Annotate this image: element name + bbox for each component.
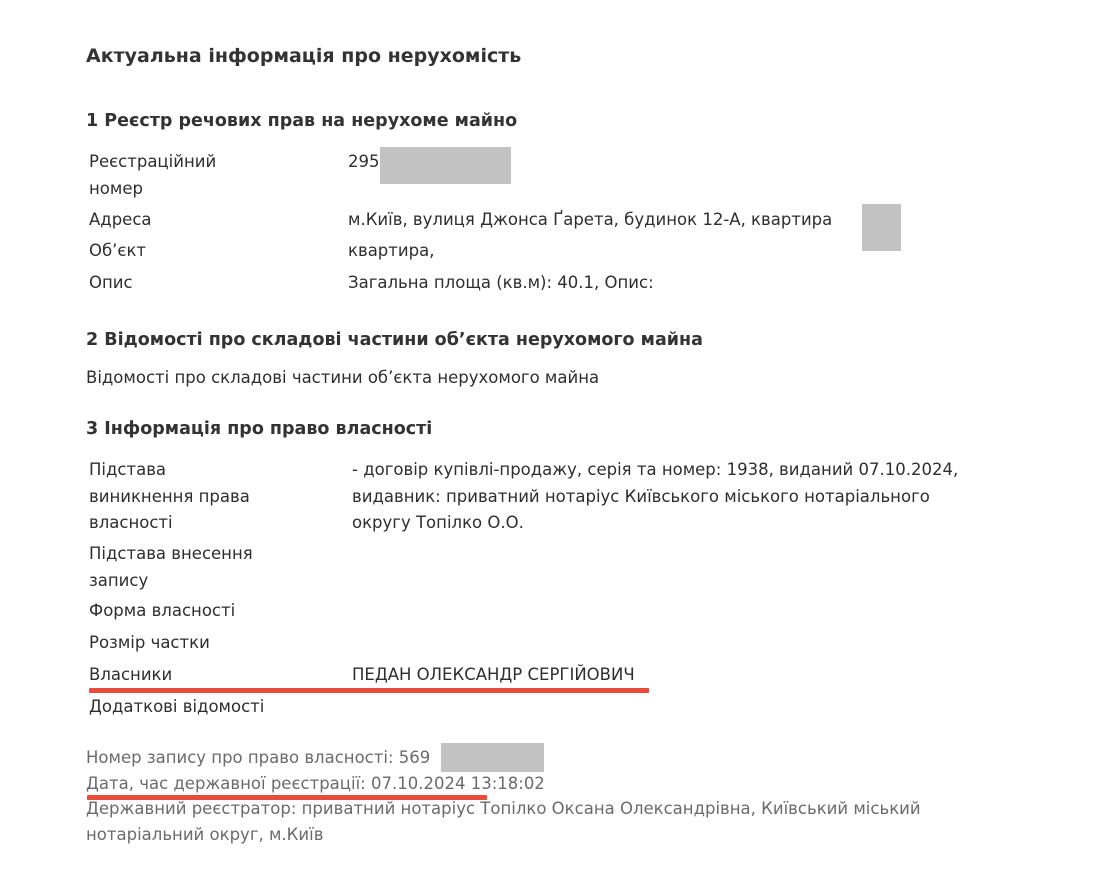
- label-line: Підстава: [89, 457, 289, 484]
- label-object: Об’єкт: [89, 238, 289, 265]
- value-ownership-basis: - договір купівлі-продажу, серія та номе…: [352, 457, 958, 537]
- label-ownership-basis: Підстава виникнення права власності: [89, 457, 289, 537]
- label-share-size: Розмір частки: [89, 630, 289, 657]
- property-info-document: Актуальна інформація про нерухомість 1 Р…: [0, 0, 1099, 869]
- section-2-heading: 2 Відомості про складові частини об’єкта…: [86, 330, 703, 350]
- redacted-apartment-number: [862, 204, 901, 251]
- registration-datetime: Дата, час державної реєстрації: 07.10.20…: [86, 771, 545, 797]
- section-3-heading: 3 Інформація про право власності: [86, 419, 432, 439]
- value-address: м.Київ, вулиця Джонса Ґарета, будинок 12…: [348, 207, 832, 234]
- value-line: округу Топілко О.О.: [352, 510, 958, 537]
- registrar-line-2: нотаріальний округ, м.Київ: [86, 822, 323, 848]
- value-registration-number: 295: [348, 149, 380, 176]
- label-line: Реєстраційний: [89, 149, 289, 176]
- owner-highlight-underline: [89, 688, 649, 693]
- record-number: Номер запису про право власності: 569: [86, 745, 430, 771]
- redacted-record-number: [441, 743, 544, 772]
- label-description: Опис: [89, 270, 289, 297]
- label-line: Підстава внесення: [89, 541, 289, 568]
- label-owners: Власники: [89, 662, 289, 689]
- value-object: квартира,: [348, 238, 434, 265]
- section-2-text: Відомості про складові частини об’єкта н…: [86, 368, 599, 387]
- label-ownership-form: Форма власності: [89, 598, 289, 625]
- page-title: Актуальна інформація про нерухомість: [86, 45, 521, 67]
- label-entry-basis: Підстава внесення запису: [89, 541, 289, 594]
- value-description: Загальна площа (кв.м): 40.1, Опис:: [348, 270, 654, 297]
- label-line: виникнення права: [89, 484, 289, 511]
- label-line: номер: [89, 176, 289, 203]
- value-line: видавник: приватний нотаріус Київського …: [352, 484, 958, 511]
- label-registration-number: Реєстраційний номер: [89, 149, 289, 202]
- label-additional-info: Додаткові відомості: [89, 694, 289, 721]
- label-line: власності: [89, 510, 289, 537]
- label-line: запису: [89, 568, 289, 595]
- value-line: - договір купівлі-продажу, серія та номе…: [352, 457, 958, 484]
- section-1-heading: 1 Реєстр речових прав на нерухоме майно: [86, 111, 517, 131]
- redacted-registration-number: [380, 147, 511, 184]
- registrar-line-1: Державний реєстратор: приватний нотаріус…: [86, 796, 921, 822]
- label-address: Адреса: [89, 207, 289, 234]
- value-owners: ПЕДАН ОЛЕКСАНДР СЕРГІЙОВИЧ: [352, 662, 635, 689]
